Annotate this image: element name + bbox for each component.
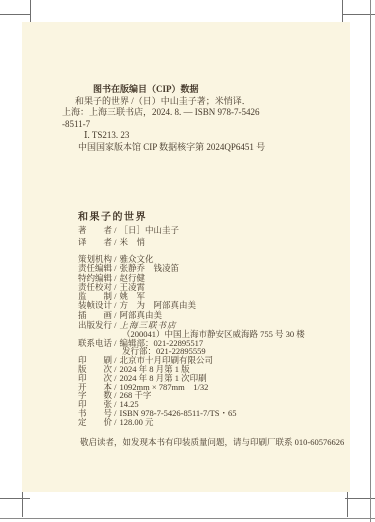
author-value: ［日］中山圭子	[120, 225, 180, 235]
frame-line-bottom	[0, 518, 375, 519]
credit-label: 插 画 /	[78, 311, 117, 320]
cip-isbn-continuation: -8511-7	[62, 119, 350, 131]
cip-classification: Ⅰ. TS213. 23	[84, 130, 350, 142]
cip-header: 图书在版编目（CIP）数据	[93, 84, 350, 96]
author-row: 著 者 /［日］中山圭子	[78, 225, 179, 237]
book-title: 和果子的世界	[78, 208, 147, 223]
cip-block: 图书在版编目（CIP）数据 和果子的世界 /（日）中山圭子著；米悄译． 上海：上…	[22, 84, 350, 153]
pub-label: 定 价 /	[78, 418, 117, 427]
cip-publisher-line: 上海：上海三联书店，2024. 8. — ISBN 978-7-5426	[62, 107, 350, 119]
translator-row: 译 者 /米 悄	[78, 237, 179, 249]
pub-label: 联系电话 /	[78, 339, 117, 348]
pub-label: 出版发行 /	[78, 321, 117, 330]
crop-mark-bottom-left-horizontal	[0, 498, 30, 499]
book-colophon-page: 图书在版编目（CIP）数据 和果子的世界 /（日）中山圭子著；米悄译． 上海：上…	[22, 22, 350, 492]
credits-block: 策划机构 /雅众文化 责任编辑 /张静乔 钱凌笛 特约编辑 /赵行健 责任校对 …	[78, 255, 196, 320]
reader-notice: 敬启读者，如发现本书有印装质量问题，请与印刷厂联系 010-60576626	[80, 436, 344, 448]
crop-mark-bottom-right-vertical	[347, 492, 348, 517]
crop-mark-top-left-horizontal	[0, 14, 30, 15]
cip-title-line: 和果子的世界 /（日）中山圭子著；米悄译．	[75, 96, 350, 108]
translator-value: 米 悄	[120, 237, 146, 247]
crop-mark-bottom-left-vertical	[22, 492, 23, 517]
frame-line-right	[370, 0, 371, 522]
pub-row-price: 定 价 /128.00 元	[78, 418, 305, 427]
translator-label: 译 者 /	[78, 237, 117, 249]
publishing-block: 出版发行 /上海三联书店 （200041）中国上海市静安区威海路 755 号 3…	[78, 321, 305, 427]
cip-record-number: 中国国家版本馆 CIP 数据核字第 2024QP6451 号	[78, 142, 350, 154]
roles-block: 著 者 /［日］中山圭子 译 者 /米 悄	[78, 225, 179, 248]
author-label: 著 者 /	[78, 225, 117, 237]
price-value: 128.00 元	[120, 417, 154, 427]
credit-value: 阿部真由美	[120, 310, 163, 320]
scanned-page-canvas: 图书在版编目（CIP）数据 和果子的世界 /（日）中山圭子著；米悄译． 上海：上…	[0, 0, 375, 522]
credit-row-illustrator: 插 画 /阿部真由美	[78, 311, 196, 320]
